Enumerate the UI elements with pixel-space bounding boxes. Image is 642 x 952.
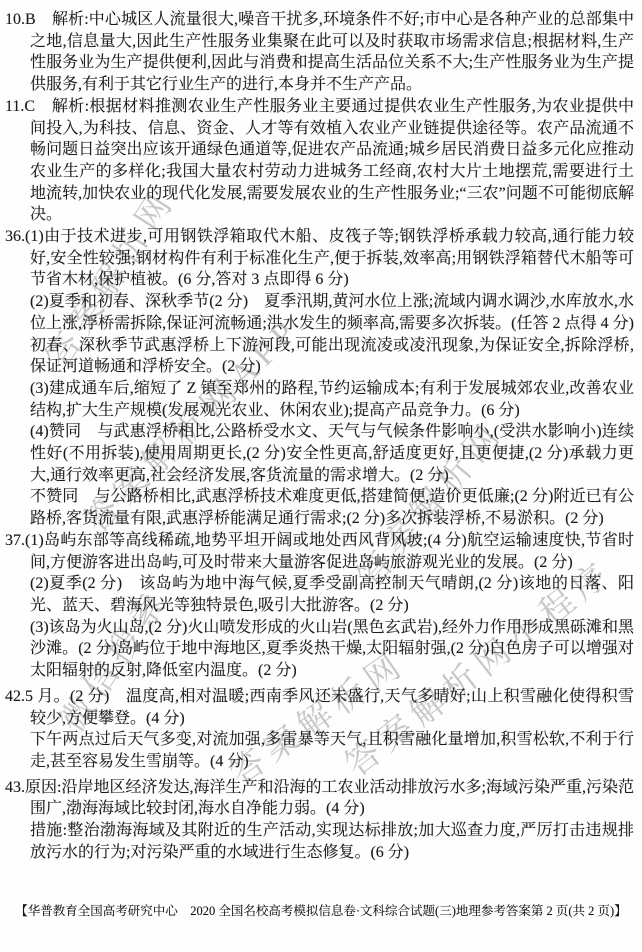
answer-paragraph: 42.5 月。(2 分) 温度高,相对温暖;西南季风还未盛行,天气多晴好;山上积… [30, 686, 634, 729]
answer-paragraph: 11.C 解析:根据材料推测农业生产性服务业主要通过提供农业生产性服务,为农业提… [30, 96, 634, 226]
answer-paragraph: 下午两点过后天气多变,对流加强,多雷暴等天气,且积雪融化量增加,积雪松软,不利于… [30, 729, 634, 772]
answer-paragraph: 36.(1)由于技术进步,可用钢铁浮箱取代木船、皮筏子等;钢铁浮桥承载力较高,通… [30, 226, 634, 291]
answer-block-q11: 11.C 解析:根据材料推测农业生产性服务业主要通过提供农业生产性服务,为农业提… [30, 96, 634, 226]
answer-block-q42: 42.5 月。(2 分) 温度高,相对温暖;西南季风还未盛行,天气多晴好;山上积… [30, 686, 634, 773]
page-footer: 【华普教育全国高考研究中心 2020 全国名校高考模拟信息卷·文科综合试题(三)… [0, 901, 642, 919]
answer-paragraph: (4)赞同 与武惠浮桥相比,公路桥受水文、天气与气候条件影响小,(受洪水影响小)… [30, 421, 634, 486]
answer-paragraph: (3)建成通车后,缩短了 Z 镇至郑州的路程,节约运输成本;有利于发展城郊农业,… [30, 378, 634, 421]
answer-paragraph: 不赞同 与公路桥相比,武惠浮桥技术难度更低,搭建简便,造价更低廉;(2 分)附近… [30, 486, 634, 529]
answer-paragraph: 10.B 解析:中心城区人流量很大,噪音干扰多,环境条件不好;市中心是各种产业的… [30, 9, 634, 96]
answer-block-q10: 10.B 解析:中心城区人流量很大,噪音干扰多,环境条件不好;市中心是各种产业的… [30, 9, 634, 96]
answer-block-q37: 37.(1)岛屿东部等高线稀疏,地势平坦开阔或地处西风背风坡;(4 分)航空运输… [30, 530, 634, 682]
answer-block-q36: 36.(1)由于技术进步,可用钢铁浮箱取代木船、皮筏子等;钢铁浮桥承载力较高,通… [30, 226, 634, 530]
answer-block-q43: 43.原因:沿岸地区经济发达,海洋生产和沿海的工农业活动排放污水多;海域污染严重… [30, 777, 634, 864]
answer-paragraph: 37.(1)岛屿东部等高线稀疏,地势平坦开阔或地处西风背风坡;(4 分)航空运输… [30, 530, 634, 573]
answer-sheet-page: 答案解析网答案解析网APP答案解析网微信搜索答案解析网小程序答案解析网 10.B… [0, 0, 642, 952]
scanned-answer-sheet: { "footer": { "text": "【华普教育全国高考研究中心 202… [0, 0, 642, 952]
answer-paragraph: (2)夏季(2 分) 该岛屿为地中海气候,夏季受副高控制天气晴朗,(2 分)该地… [30, 573, 634, 616]
answer-paragraph: (2)夏季和初春、深秋季节(2 分) 夏季汛期,黄河水位上涨;流域内调水调沙,水… [30, 291, 634, 378]
answer-paragraph: (3)该岛为火山岛,(2 分)火山喷发形成的火山岩(黑色玄武岩),经外力作用形成… [30, 617, 634, 682]
answers: 10.B 解析:中心城区人流量很大,噪音干扰多,环境条件不好;市中心是各种产业的… [0, 9, 642, 863]
answer-paragraph: 43.原因:沿岸地区经济发达,海洋生产和沿海的工农业活动排放污水多;海域污染严重… [30, 777, 634, 820]
answer-paragraph: 措施:整治渤海海域及其附近的生产活动,实现达标排放;加大巡查力度,严厉打击违规排… [30, 820, 634, 863]
